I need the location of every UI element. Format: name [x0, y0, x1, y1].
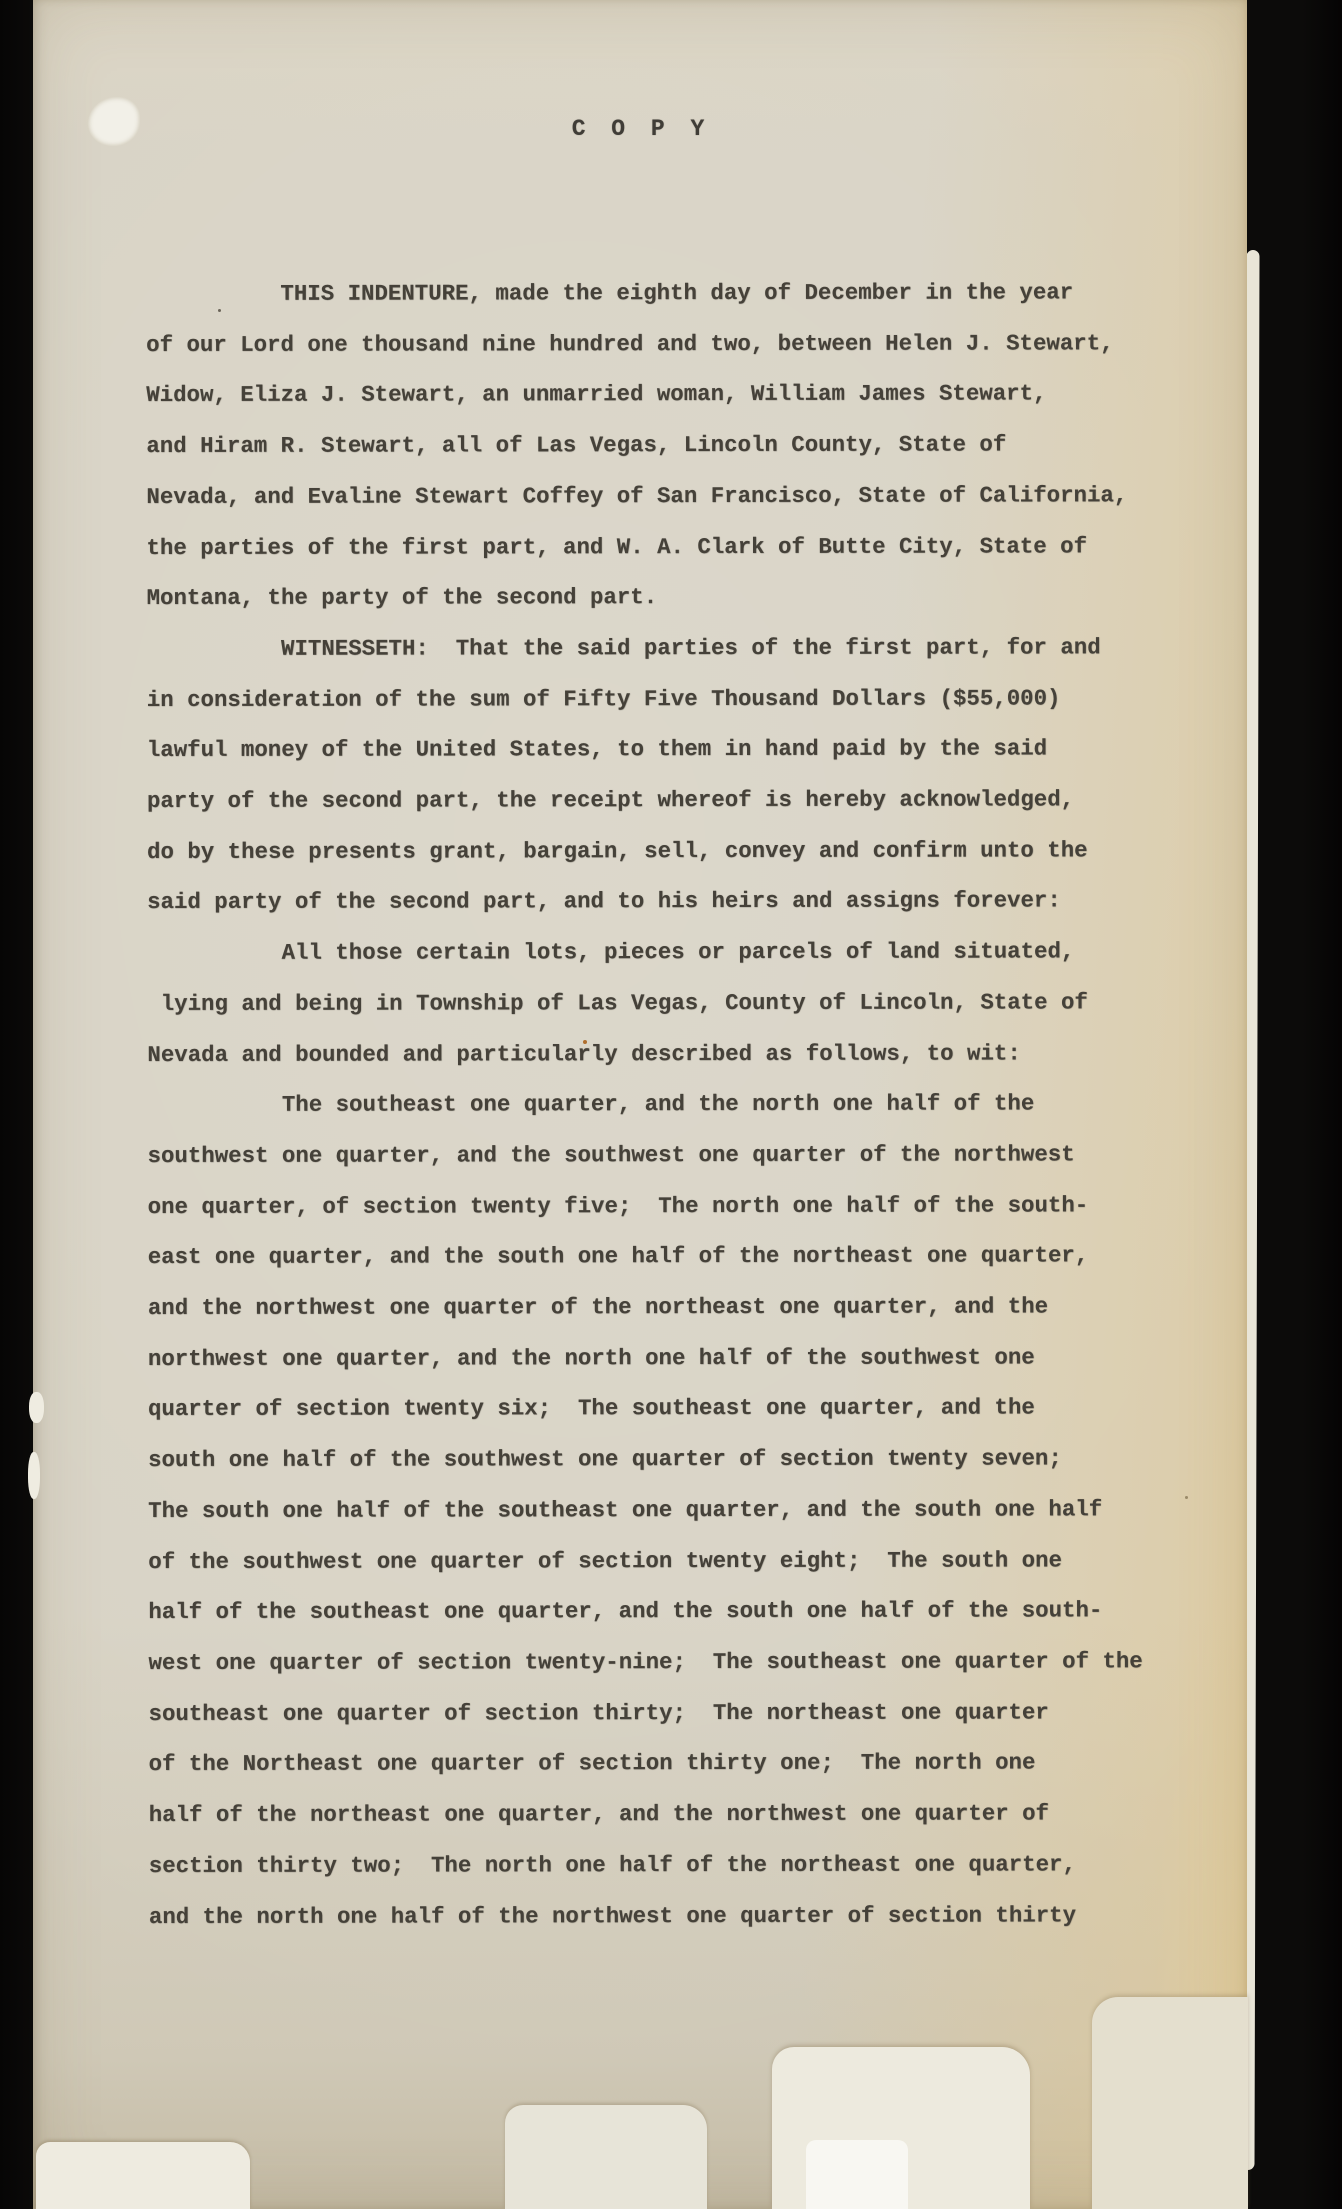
typewritten-line: of the southwest one quarter of section …	[148, 1535, 1142, 1587]
paper-bottom-tear	[806, 2140, 908, 2209]
typewritten-line: southeast one quarter of section thirty;…	[148, 1687, 1142, 1739]
typewritten-line: and Hiram R. Stewart, all of Las Vegas, …	[146, 419, 1140, 471]
typewritten-line: lying and being in Township of Las Vegas…	[147, 977, 1141, 1029]
paper-bottom-tear	[36, 2142, 250, 2209]
typewritten-line: of our Lord one thousand nine hundred an…	[146, 318, 1140, 370]
paper-damage-spot	[88, 97, 140, 146]
typewritten-line: WITNESSETH: That the said parties of the…	[147, 622, 1141, 674]
typewritten-line: and the northwest one quarter of the nor…	[148, 1281, 1142, 1333]
paper-edge-nick	[29, 1392, 44, 1423]
typewritten-line: half of the northeast one quarter, and t…	[149, 1788, 1143, 1840]
paper-speck	[1185, 1496, 1188, 1499]
typewritten-line: THIS INDENTURE, made the eighth day of D…	[146, 267, 1140, 319]
typewritten-line: half of the southeast one quarter, and t…	[148, 1586, 1142, 1638]
typewritten-line: The southeast one quarter, and the north…	[147, 1079, 1141, 1131]
paper-speck	[583, 1040, 587, 1044]
paper-bottom-tear	[505, 2105, 707, 2209]
typewritten-line: one quarter, of section twenty five; The…	[148, 1180, 1142, 1232]
typewritten-line: in consideration of the sum of Fifty Fiv…	[147, 673, 1141, 725]
typewritten-line: Widow, Eliza J. Stewart, an unmarried wo…	[146, 369, 1140, 421]
typewritten-line: south one half of the southwest one quar…	[148, 1433, 1142, 1485]
typewritten-line: said party of the second part, and to hi…	[147, 876, 1141, 928]
typewritten-line: northwest one quarter, and the north one…	[148, 1332, 1142, 1384]
typewritten-line: The south one half of the southeast one …	[148, 1484, 1142, 1536]
copy-heading: C O P Y	[33, 116, 1247, 142]
document-page: C O P Y THIS INDENTURE, made the eighth …	[33, 0, 1247, 2209]
typewritten-line: Nevada, and Evaline Stewart Coffey of Sa…	[146, 470, 1140, 522]
typewritten-line: section thirty two; The north one half o…	[149, 1839, 1143, 1891]
paper-bottom-tear	[1092, 1997, 1248, 2209]
typewritten-line: of the Northeast one quarter of section …	[149, 1738, 1143, 1790]
typewritten-line: southwest one quarter, and the southwest…	[148, 1129, 1142, 1181]
typewritten-line: Nevada and bounded and particularly desc…	[147, 1028, 1141, 1080]
typewritten-line: and the north one half of the northwest …	[149, 1890, 1143, 1942]
typewritten-line: quarter of section twenty six; The south…	[148, 1383, 1142, 1435]
paper-edge-nick	[28, 1452, 40, 1499]
document-body: THIS INDENTURE, made the eighth day of D…	[146, 267, 1143, 1942]
typewritten-line: do by these presents grant, bargain, sel…	[147, 825, 1141, 877]
photo-backdrop: C O P Y THIS INDENTURE, made the eighth …	[0, 0, 1342, 2209]
typewritten-line: the parties of the first part, and W. A.…	[146, 521, 1140, 573]
typewritten-line: All those certain lots, pieces or parcel…	[147, 926, 1141, 978]
typewritten-line: east one quarter, and the south one half…	[148, 1231, 1142, 1283]
paper-speck	[218, 309, 221, 312]
typewritten-line: Montana, the party of the second part.	[147, 571, 1141, 623]
typewritten-line: party of the second part, the receipt wh…	[147, 774, 1141, 826]
typewritten-line: lawful money of the United States, to th…	[147, 724, 1141, 776]
typewritten-line: west one quarter of section twenty-nine;…	[148, 1636, 1142, 1688]
